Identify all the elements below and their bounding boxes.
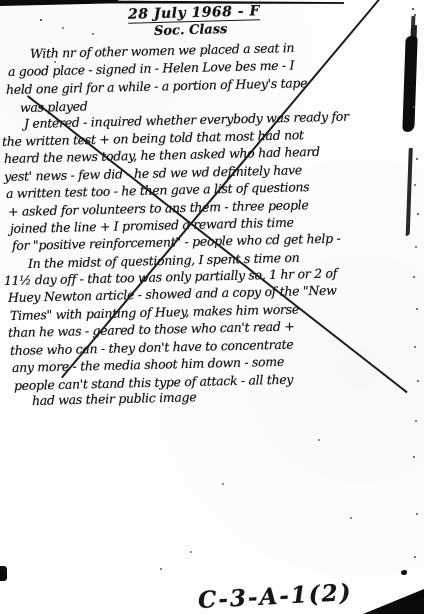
page-number-annotation: C-3-A-1(2) bbox=[197, 579, 353, 614]
scanned-handwritten-page: 28 July 1968 - F Soc. Class With nr of o… bbox=[0, 0, 424, 614]
scan-artifact-left-edge-mark bbox=[0, 566, 7, 581]
date-heading: 28 July 1968 - F bbox=[128, 3, 260, 23]
handwriting-line: had was their public image bbox=[32, 389, 197, 408]
handwriting-line: was played bbox=[20, 98, 88, 115]
handwriting-line: held one girl for a while - a portion of… bbox=[6, 75, 308, 97]
scan-noise-page bbox=[40, 19, 42, 21]
scan-noise-right-edge bbox=[412, 8, 414, 10]
subject-heading: Soc. Class bbox=[154, 22, 228, 39]
scan-artifact-corner-fold bbox=[363, 589, 424, 614]
scan-artifact-top-bar bbox=[0, 0, 118, 6]
scan-artifact-ink-blot bbox=[401, 570, 407, 575]
scan-artifact-right-streak bbox=[402, 36, 417, 132]
